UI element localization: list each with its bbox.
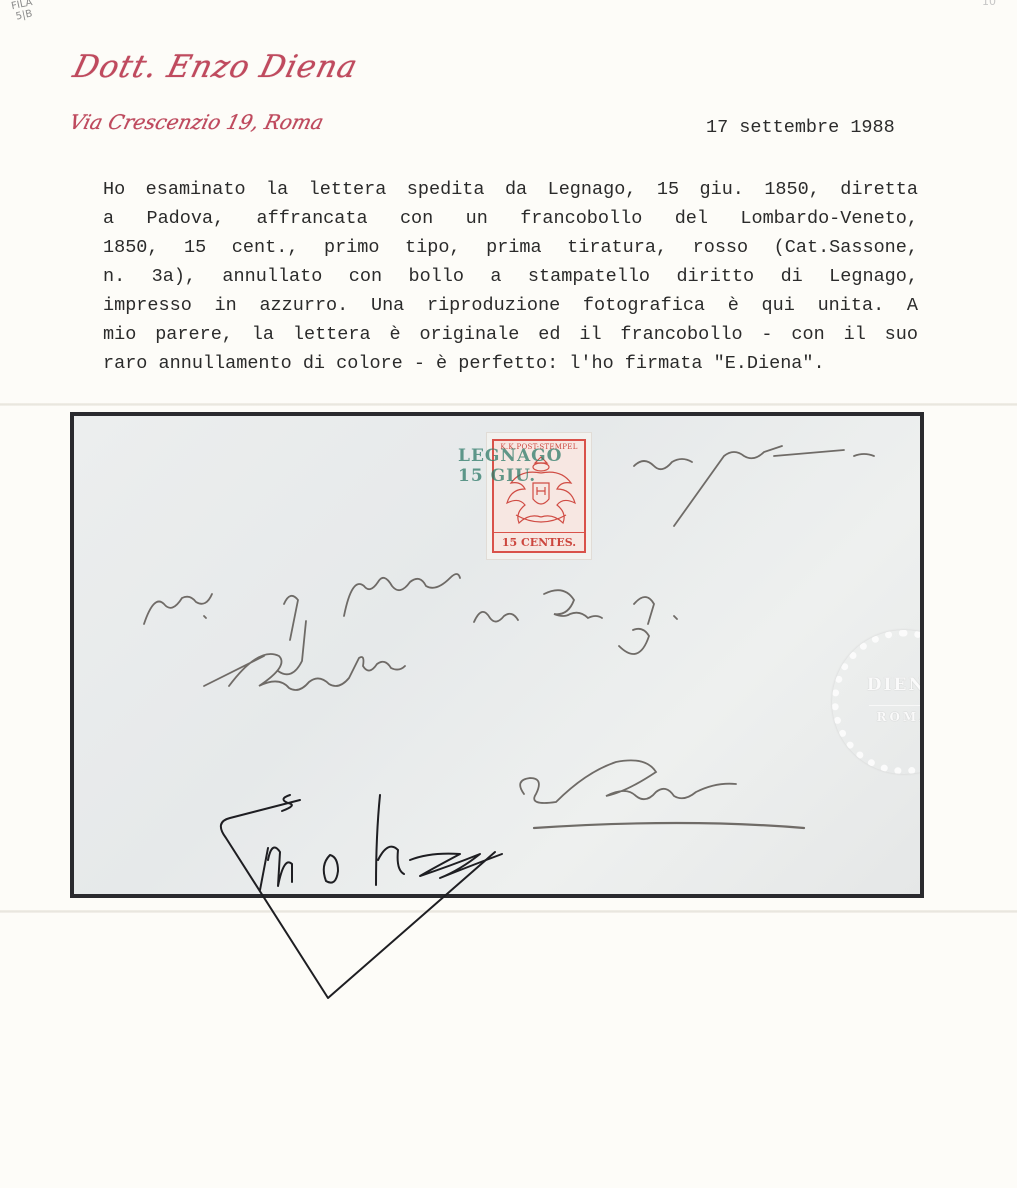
seal-city: ROMA (869, 705, 924, 724)
body-line: mio parere, la lettera è originale ed il… (103, 320, 918, 349)
certificate-body: Ho esaminato la lettera spedita da Legna… (103, 175, 918, 378)
cover-photograph: K.K.POST-STEMPEL 15 CENTES. LEGNAGO 15 G… (70, 412, 924, 898)
body-line: n. 3a), annullato con bollo a stampatell… (103, 262, 918, 291)
legnago-cancellation: LEGNAGO 15 GIU. (458, 446, 562, 486)
stamp-value: 15 CENTES. (494, 532, 584, 549)
letterhead-name: Dott. Enzo Diena (70, 49, 362, 85)
letterhead-address: Via Crescenzio 19, Roma (67, 110, 326, 134)
pencil-margin-note: FILA 5|B (8, 0, 38, 24)
seal-name: DIENA (839, 675, 924, 695)
body-line: Ho esaminato la lettera spedita da Legna… (103, 175, 918, 204)
cancellation-line: 15 GIU. (458, 466, 562, 486)
body-line: a Padova, affrancata con un francobollo … (103, 204, 918, 233)
body-line: raro annullamento di colore - è perfetto… (103, 349, 918, 378)
body-line: 1850, 15 cent., primo tipo, prima tiratu… (103, 233, 918, 262)
cancellation-line: LEGNAGO (458, 446, 562, 466)
certificate-date: 17 settembre 1988 (706, 117, 895, 138)
paper-fold (0, 910, 1017, 913)
page-number: 10 (982, 0, 996, 8)
paper-fold (0, 403, 1017, 406)
body-line: impresso in azzurro. Una riproduzione fo… (103, 291, 918, 320)
